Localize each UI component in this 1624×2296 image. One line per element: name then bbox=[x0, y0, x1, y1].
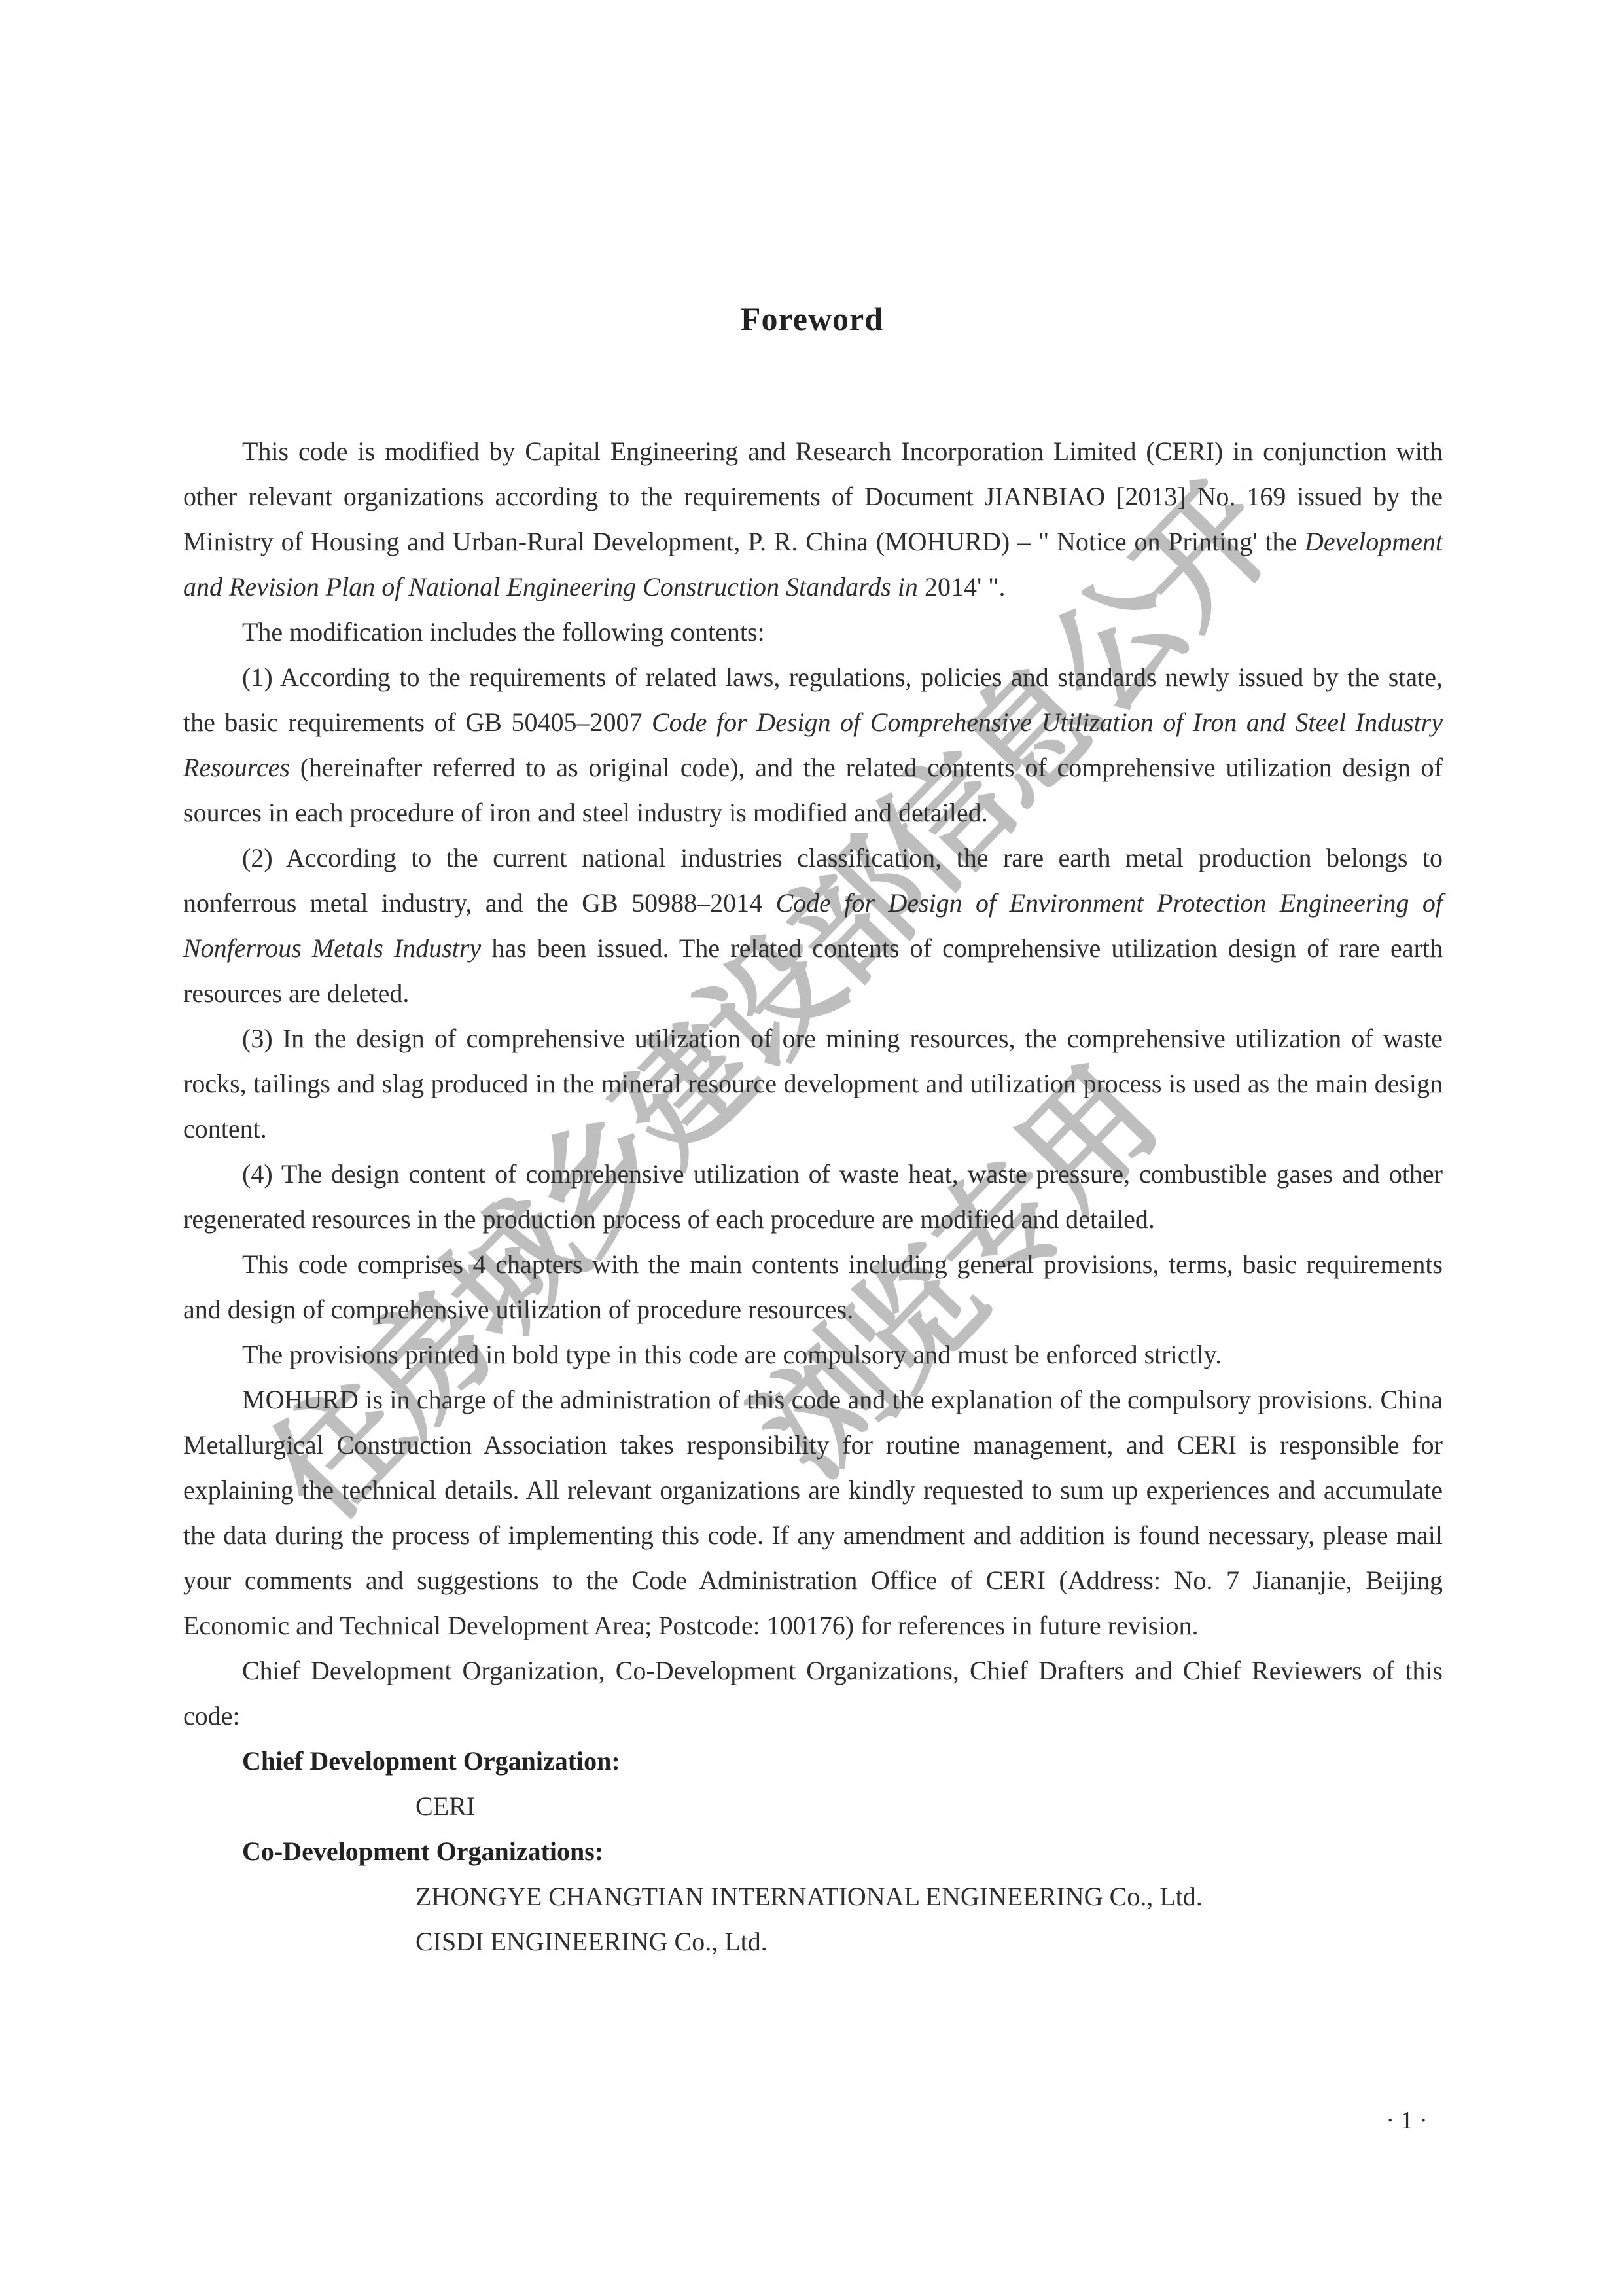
paragraph-text: (4) The design content of comprehensive … bbox=[183, 1159, 1443, 1234]
paragraph-organizations-intro: Chief Development Organization, Co-Devel… bbox=[183, 1648, 1443, 1738]
paragraph-text: 2014' ". bbox=[918, 572, 1006, 601]
paragraph-administration: MOHURD is in charge of the administratio… bbox=[183, 1377, 1443, 1648]
paragraph-item-1: (1) According to the requirements of rel… bbox=[183, 655, 1443, 835]
chief-development-organization-label: Chief Development Organization: bbox=[183, 1738, 1443, 1784]
paragraph-item-4: (4) The design content of comprehensive … bbox=[183, 1151, 1443, 1242]
co-development-organizations-label: Co-Development Organizations: bbox=[183, 1829, 1443, 1874]
paragraph-text: The modification includes the following … bbox=[242, 617, 765, 647]
paragraph-text: This code is modified by Capital Enginee… bbox=[183, 437, 1443, 556]
paragraph-text: MOHURD is in charge of the administratio… bbox=[183, 1385, 1443, 1640]
paragraph-item-2: (2) According to the current national in… bbox=[183, 835, 1443, 1016]
paragraph-chapters: This code comprises 4 chapters with the … bbox=[183, 1242, 1443, 1332]
document-page: 住房城乡建设部信息公开 浏览专用 Foreword This code is m… bbox=[0, 0, 1624, 2296]
co-development-organization-item: CISDI ENGINEERING Co., Ltd. bbox=[183, 1919, 1443, 1964]
page-number: · 1 · bbox=[1361, 2102, 1453, 2139]
paragraph-item-3: (3) In the design of comprehensive utili… bbox=[183, 1016, 1443, 1151]
page-title: Foreword bbox=[0, 296, 1624, 342]
paragraph-bold-provisions: The provisions printed in bold type in t… bbox=[183, 1332, 1443, 1377]
co-development-organization-item: ZHONGYE CHANGTIAN INTERNATIONAL ENGINEER… bbox=[183, 1874, 1443, 1919]
paragraph-intro: This code is modified by Capital Enginee… bbox=[183, 429, 1443, 609]
chief-development-organization-item: CERI bbox=[183, 1784, 1443, 1829]
paragraph-text: (hereinafter referred to as original cod… bbox=[183, 753, 1443, 827]
paragraph-text: The provisions printed in bold type in t… bbox=[242, 1340, 1222, 1369]
foreword-body: This code is modified by Capital Enginee… bbox=[183, 429, 1443, 1964]
paragraph-modification-intro: The modification includes the following … bbox=[183, 609, 1443, 655]
paragraph-text: (3) In the design of comprehensive utili… bbox=[183, 1024, 1443, 1143]
paragraph-text: This code comprises 4 chapters with the … bbox=[183, 1249, 1443, 1324]
paragraph-text: Chief Development Organization, Co-Devel… bbox=[183, 1656, 1443, 1731]
